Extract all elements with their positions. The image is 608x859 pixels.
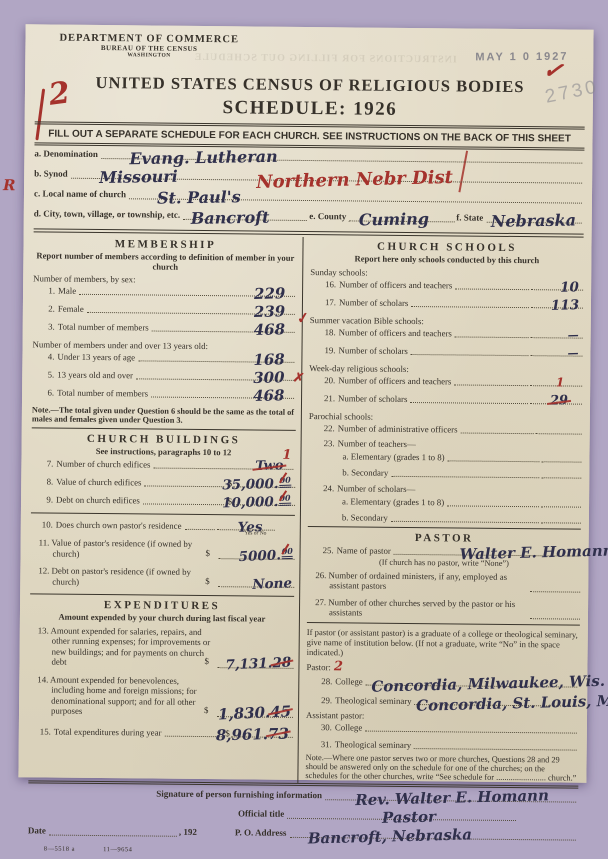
q20-number: 20.: [317, 375, 335, 385]
q1-number: 1.: [41, 285, 55, 295]
q24a-dotted-line: [447, 503, 539, 507]
question-24b-row: b. Secondary: [342, 512, 581, 524]
church-name-value: St. Paul's: [157, 191, 241, 203]
q30-number: 30.: [314, 722, 332, 732]
q26-label: Number of ordained ministers, if any, em…: [329, 570, 508, 591]
q29-label: Theological seminary: [335, 695, 412, 706]
question-17-row: 17. Number of scholars 113: [318, 297, 583, 310]
q14-cents-struck: 45: [270, 702, 292, 721]
q10-dotted-line: [184, 527, 214, 530]
field-synod: b. Synod Missouri Northern Nebr Dist: [34, 168, 584, 184]
q9-cents: 00: [280, 493, 291, 506]
denomination-value: Evang. Lutheran: [129, 151, 278, 164]
q17-value-line: 113: [531, 305, 583, 308]
sunday-schools-label: Sunday schools:: [310, 267, 583, 280]
q28-value: Concordia, Milwaukee, Wis.: [372, 675, 606, 691]
q23b-label: b. Secondary: [342, 467, 388, 477]
q12-number: 12.: [38, 566, 49, 576]
denomination-line: Evang. Lutheran: [101, 155, 583, 164]
summer-bible-schools-label: Summer vacation Bible schools:: [310, 315, 583, 328]
schools-heading: CHURCH SCHOOLS: [310, 240, 583, 255]
q16-value: 10: [560, 282, 579, 292]
q11-value-line: $ 5000.00: [219, 556, 295, 560]
section-rule: [32, 427, 296, 431]
q10-label: Does church own pastor's residence: [56, 520, 182, 531]
q9-number: 9.: [39, 495, 53, 505]
field-church-name: c. Local name of church St. Paul's: [34, 188, 584, 204]
question-8-row: 8. Value of church edifices $ 35,000.00: [39, 477, 295, 489]
q15-label: Total expenditures during year: [54, 726, 162, 737]
question-18-row: 18. Number of officers and teachers —: [318, 327, 583, 340]
q29-number: 29.: [314, 695, 332, 705]
q13-value: 7,131.28: [240, 658, 292, 671]
q16-number: 16.: [318, 279, 336, 289]
q2-value: 239: [253, 306, 285, 317]
q23a-label: a. Elementary (grades 1 to 8): [342, 451, 444, 462]
question-9-row: 9. Debt on church edifices $ 10,000.00: [39, 495, 295, 507]
question-16-row: 16. Number of officers and teachers 10: [318, 279, 583, 292]
q1-label: Male: [58, 286, 76, 296]
q13-value-line: $ 7,131.28: [217, 665, 293, 669]
question-27-row: 27. Number of other churches served by t…: [315, 597, 580, 621]
q22-label: Number of administrative officers: [338, 423, 458, 434]
q15-dotted-line: [164, 733, 221, 737]
q2-label: Female: [58, 304, 84, 314]
q15-value: 8,961.73: [216, 728, 289, 740]
q8-number: 8.: [39, 477, 53, 487]
pastor-count-red: 2: [334, 659, 343, 674]
q21-number: 21.: [317, 393, 335, 403]
section-rule: [308, 526, 581, 530]
label-synod: b. Synod: [34, 168, 68, 179]
q17-value: 113: [551, 300, 579, 311]
two-column-body: MEMBERSHIP Report number of members acco…: [28, 234, 583, 789]
label-state: f. State: [456, 212, 483, 223]
q21-label: Number of scholars: [338, 393, 407, 404]
pastor-colon-label: Pastor:: [306, 662, 331, 672]
q3-dotted-line: 468: [152, 329, 295, 333]
q7-label: Number of church edifices: [56, 459, 150, 470]
q15-number: 15.: [37, 726, 51, 736]
q23-number: 23.: [317, 438, 335, 448]
q7-number: 7.: [39, 459, 53, 469]
q6-dotted-line: 468: [151, 395, 294, 399]
state-line: Nebraska: [486, 219, 582, 224]
pastor-note: Note.—Where one pastor serves two or mor…: [305, 753, 578, 784]
membership-subheading: Report number of members according to de…: [33, 251, 297, 273]
q17-number: 17.: [318, 297, 336, 307]
q23-label: Number of teachers—: [338, 438, 416, 449]
label-city: d. City, town, village, or township, etc…: [34, 208, 180, 220]
label-county: e. County: [309, 211, 346, 222]
membership-heading: MEMBERSHIP: [33, 237, 297, 252]
scanned-census-form: INSTRUCTIONS FOR FILLING OUT SCHEDULE DE…: [18, 24, 593, 782]
q17-dotted-line: [411, 304, 529, 308]
q29-line: Concordia, St. Louis, Mo.: [415, 702, 578, 707]
question-24-row: 24. Number of scholars—: [316, 483, 581, 496]
q8-dotted-line: [144, 484, 223, 488]
q14-value: 1,830.45: [232, 706, 291, 719]
weekday-schools-label: Week-day religious schools:: [309, 363, 582, 376]
q24b-value-line: [541, 520, 581, 523]
church-name-line: St. Paul's: [129, 195, 582, 203]
q22-dotted-line: [461, 430, 534, 434]
label-denomination: a. Denomination: [34, 148, 98, 160]
q31-number: 31.: [314, 739, 332, 749]
q10-number: 10.: [39, 520, 53, 530]
question-22-row: 22. Number of administrative officers: [317, 423, 582, 436]
q18-value-line: —: [531, 335, 583, 338]
q4-value: 168: [253, 354, 285, 365]
q30-line: [365, 728, 577, 733]
question-20-row: 20. Number of officers and teachers 1: [317, 375, 582, 388]
q4-dotted-line: 168: [138, 358, 294, 363]
red-checkmark-q18: ✓: [296, 308, 311, 328]
q31-label: Theological seminary: [335, 739, 412, 750]
q12-label: Debt on pastor's residence (if owned by …: [52, 566, 191, 587]
q15-cents-struck: 73: [268, 724, 289, 743]
q21-value-struck: 29: [550, 396, 568, 406]
q18-label: Number of officers and teachers: [339, 327, 452, 338]
q8-label: Value of church edifices: [56, 477, 141, 488]
q29-value: Concordia, St. Louis, Mo.: [417, 695, 608, 710]
question-15-row: 15. Total expenditures during year $ 8,9…: [37, 726, 293, 738]
q11-label: Value of pastor's residence (if owned by…: [51, 538, 192, 559]
q22-value-line: [536, 431, 582, 434]
q5-value: 300: [253, 372, 285, 383]
form-schedule-title: SCHEDULE: 1926: [35, 95, 585, 122]
q24a-value-line: [541, 504, 581, 507]
q12-value: None: [266, 578, 292, 590]
parochial-schools-label: Parochial schools:: [309, 411, 582, 424]
q25-line: Walter E. Homann: [394, 551, 579, 556]
q20-value-line: 1: [530, 383, 582, 386]
q25-number: 25.: [316, 545, 334, 555]
q18-dotted-line: [455, 334, 529, 338]
q6-value: 468: [253, 390, 285, 401]
q1-dotted-line: 229: [79, 292, 295, 297]
instruction-banner: FILL OUT A SEPARATE SCHEDULE FOR EACH CH…: [34, 121, 584, 150]
graduate-instructions: If pastor (or assistant pastor) is a gra…: [307, 627, 580, 660]
section-rule: [31, 512, 295, 516]
q22-number: 22.: [317, 423, 335, 433]
q12-value-line: $ None: [218, 584, 294, 588]
q24-label: Number of scholars—: [337, 483, 415, 494]
q26-value-line: [530, 589, 580, 592]
question-19-row: 19. Number of scholars —: [317, 345, 582, 358]
question-1-row: 1. Male 229: [41, 285, 297, 297]
question-23b-row: b. Secondary: [342, 467, 581, 479]
q28-line: Concordia, Milwaukee, Wis.: [366, 682, 578, 687]
synod-value: Missouri: [99, 171, 178, 183]
q19-number: 19.: [317, 345, 335, 355]
q23b-value-line: [541, 475, 581, 478]
signature-line: Rev. Walter E. Homann: [325, 797, 576, 800]
q23b-dotted-line: [391, 473, 539, 477]
state-value: Nebraska: [490, 214, 575, 226]
signature-label: Signature of person furnishing informati…: [156, 789, 322, 800]
question-25-row: 25. Name of pastor Walter E. Homann: [316, 545, 581, 558]
field-city-county-state: d. City, town, village, or township, etc…: [34, 208, 584, 224]
q15-value-line: 8,961.73: [231, 734, 293, 738]
q16-value-line: 10: [531, 287, 583, 290]
q20-label: Number of officers and teachers: [338, 375, 451, 386]
q1-value: 229: [254, 288, 286, 299]
q14-label: Amount expended for benevolences, includ…: [50, 674, 197, 716]
question-31-row: 31. Theological seminary: [314, 739, 579, 752]
q11-cents: 00: [281, 545, 293, 558]
question-21-row: 21. Number of scholars 29: [317, 393, 582, 406]
q28-label: College: [335, 676, 362, 686]
county-value: Cuming: [359, 213, 429, 225]
q25-label: Name of pastor: [337, 545, 391, 556]
question-24a-row: a. Elementary (grades 1 to 8): [342, 496, 581, 508]
q2-dotted-line: 239: [87, 310, 295, 315]
q9-dotted-line: [143, 502, 224, 506]
question-23a-row: a. Elementary (grades 1 to 8): [342, 451, 581, 463]
q18-value: —: [568, 330, 579, 340]
question-10-row: 10. Does church own pastor's residence Y…: [39, 520, 295, 532]
section-rule: [307, 622, 580, 626]
q21-dotted-line: [410, 400, 528, 404]
q31-line: [414, 746, 577, 751]
q6-label: Total number of members: [57, 388, 148, 399]
signature-row: Signature of person furnishing informati…: [156, 789, 578, 800]
q23a-dotted-line: [448, 458, 540, 462]
synod-red-value: Northern Nebr Dist: [256, 172, 453, 188]
q20-value-red: 1: [556, 377, 564, 387]
question-28-row: 28. College Concordia, Milwaukee, Wis.: [314, 676, 579, 689]
q6-number: 6.: [40, 387, 54, 397]
pastor-name-value: Walter E. Homann: [460, 546, 569, 559]
q8-cents: 00: [280, 475, 291, 488]
buildings-subheading: See instructions, paragraphs 10 to 12: [31, 446, 295, 458]
q23a-value-line: [541, 459, 581, 462]
county-line: Cuming: [349, 217, 454, 222]
q3-label: Total number of members: [58, 322, 149, 333]
q19-label: Number of scholars: [338, 345, 407, 356]
q27-value-line: [530, 616, 580, 619]
q18-number: 18.: [318, 327, 336, 337]
q27-label: Number of other churches served by the p…: [328, 597, 515, 618]
q14-value-line: $ 1,830.45: [217, 714, 293, 718]
q8-value: 35,000.00: [223, 475, 292, 491]
left-column: MEMBERSHIP Report number of members acco…: [28, 234, 303, 783]
q5-label: 13 years old and over: [57, 370, 133, 381]
question-13-row: 13. Amount expended for salaries, repair…: [37, 625, 293, 669]
q17-label: Number of scholars: [339, 297, 408, 308]
question-5-row: 5. 13 years old and over 300: [40, 369, 296, 381]
q9-label: Debt on church edifices: [56, 495, 140, 506]
q7-red-correction: 1: [282, 451, 291, 461]
question-12-row: 12. Debt on pastor's residence (if owned…: [38, 566, 294, 589]
form-title: UNITED STATES CENSUS OF RELIGIOUS BODIES: [35, 72, 585, 97]
q13-number: 13.: [38, 625, 49, 635]
q28-number: 28.: [314, 676, 332, 686]
synod-line: Missouri Northern Nebr Dist: [71, 175, 582, 184]
expenditures-subheading: Amount expended by your church during la…: [30, 612, 294, 624]
q13-cents-struck: 28: [272, 655, 291, 672]
q21-value-line: 29: [530, 401, 582, 404]
question-11-row: 11. Value of pastor's residence (if owne…: [38, 538, 294, 561]
question-23-row: 23. Number of teachers—: [317, 438, 582, 451]
q4-label: Under 13 years of age: [57, 352, 135, 363]
q24-number: 24.: [316, 483, 334, 493]
q16-label: Number of officers and teachers: [339, 279, 452, 290]
q2-number: 2.: [41, 303, 55, 313]
section-rule: [30, 593, 294, 597]
schools-subheading: Report here only schools conducted by th…: [310, 254, 583, 266]
question-30-row: 30. College: [314, 722, 579, 735]
q24b-dotted-line: [391, 518, 539, 522]
right-column: ✓ ✗ CHURCH SCHOOLS Report here only scho…: [298, 237, 583, 786]
question-14-row: 14. Amount expended for benevolences, in…: [37, 674, 293, 718]
q13-label: Amount expended for salaries, repairs, a…: [50, 625, 210, 667]
q4-number: 4.: [40, 351, 54, 361]
question-4-row: 4. Under 13 years of age 168: [40, 351, 296, 363]
signature-value: Rev. Walter E. Homann: [355, 790, 566, 800]
question-26-row: 26. Number of ordained ministers, if any…: [315, 570, 580, 594]
q19-value-line: —: [530, 353, 582, 356]
red-x-q21: ✗: [292, 369, 306, 387]
question-7-row: 7. Number of church edifices Two 1: [39, 459, 295, 471]
question-2-row: 2. Female 239: [41, 303, 297, 315]
q8-value-line: 35,000.00: [233, 484, 295, 488]
footer-block: Signature of person furnishing informati…: [28, 788, 578, 800]
expenditures-heading: EXPENDITURES: [30, 598, 294, 613]
q3-value: 468: [253, 324, 285, 335]
buildings-heading: CHURCH BUILDINGS: [32, 432, 296, 447]
q19-dotted-line: [411, 352, 529, 356]
q10-yes-or-no-hint: Yes or No: [244, 529, 266, 539]
q14-number: 14.: [37, 674, 48, 684]
q5-dotted-line: 300: [136, 376, 294, 381]
q11-value: 5000.00: [252, 545, 293, 561]
question-29-row: 29. Theological seminary Concordia, St. …: [314, 695, 579, 708]
city-value: Bancroft: [191, 212, 270, 224]
label-church-name: c. Local name of church: [34, 188, 126, 200]
q7-dotted-line: Two 1: [153, 466, 293, 470]
q27-number: 27.: [315, 597, 326, 607]
city-line: Bancroft: [183, 216, 307, 221]
q20-dotted-line: [454, 382, 528, 386]
red-margin-letter: R: [3, 176, 16, 194]
q24a-label: a. Elementary (grades 1 to 8): [342, 496, 444, 507]
q5-number: 5.: [40, 369, 54, 379]
question-6-row: 6. Total number of members 468: [40, 387, 296, 399]
q7-value-struck: Two: [255, 461, 283, 472]
question-3-row: 3. Total number of members 468: [41, 321, 297, 333]
q10-value-line: Yes Yes or No: [216, 525, 274, 531]
q19-value: —: [567, 348, 578, 358]
membership-note: Note.—The total given under Question 6 s…: [32, 405, 296, 426]
field-denomination: a. Denomination Evang. Lutheran: [34, 148, 584, 164]
q16-dotted-line: [455, 286, 529, 290]
q9-value: 10,000.00: [222, 493, 291, 509]
q30-label: College: [335, 722, 362, 732]
q24b-label: b. Secondary: [342, 512, 388, 522]
q26-number: 26.: [315, 570, 326, 580]
q3-number: 3.: [41, 321, 55, 331]
q11-number: 11.: [39, 538, 50, 548]
q9-value-line: 10,000.00: [233, 502, 295, 506]
